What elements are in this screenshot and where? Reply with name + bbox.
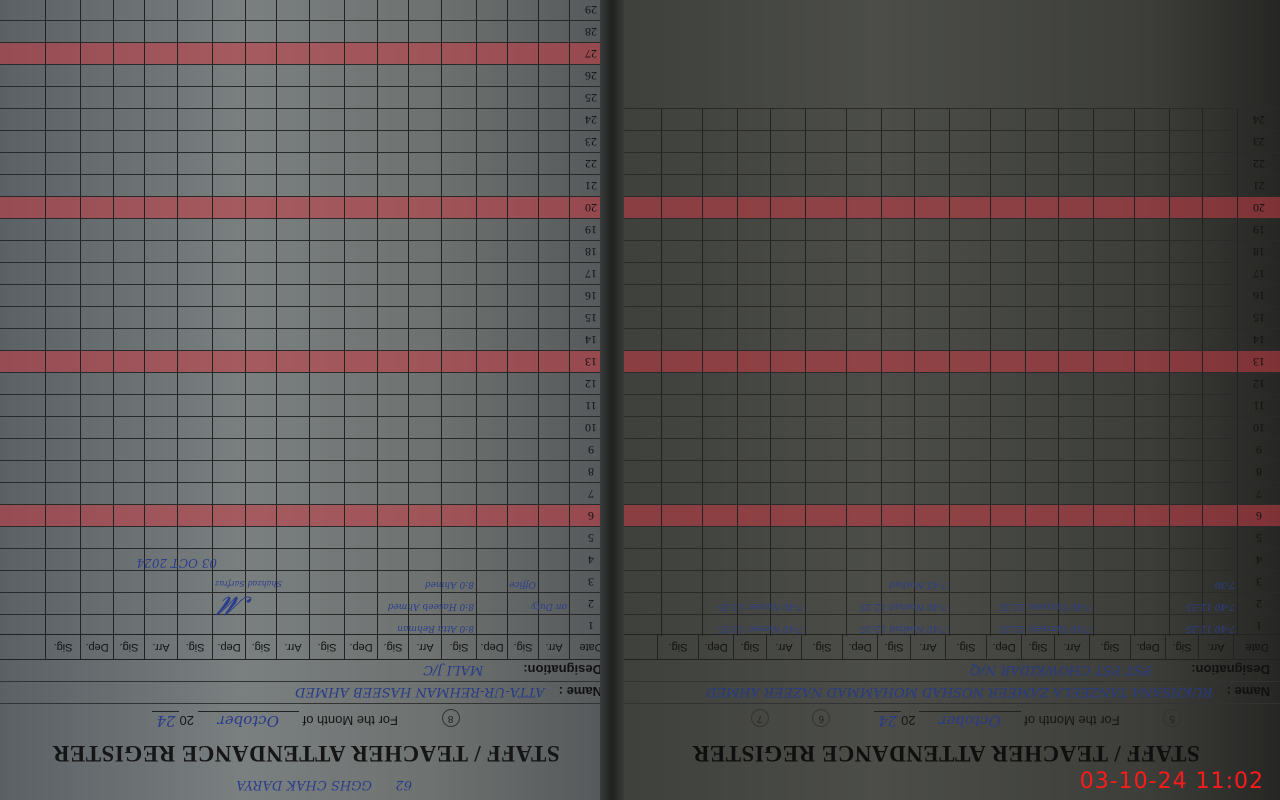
attendance-cell bbox=[113, 285, 144, 306]
attendance-cell bbox=[1169, 351, 1202, 372]
attendance-cell bbox=[507, 307, 538, 328]
attendance-cell bbox=[245, 131, 276, 152]
attendance-cell bbox=[408, 593, 441, 614]
attendance-cell bbox=[1169, 373, 1202, 394]
day-row: 8 bbox=[612, 460, 1280, 482]
day-row: 9 bbox=[0, 438, 612, 460]
attendance-cell bbox=[476, 0, 507, 20]
staff-circle-number: 5 bbox=[1163, 709, 1181, 727]
attendance-cell bbox=[80, 461, 113, 482]
day-row: 7 bbox=[0, 482, 612, 504]
attendance-cell bbox=[990, 109, 1025, 130]
attendance-cell bbox=[661, 571, 702, 592]
day-row: 17 bbox=[0, 262, 612, 284]
attendance-cell bbox=[245, 549, 276, 570]
attendance-cell bbox=[344, 571, 377, 592]
attendance-cell bbox=[990, 571, 1025, 592]
attendance-cell bbox=[245, 21, 276, 42]
attendance-cell bbox=[80, 65, 113, 86]
attendance-cell bbox=[702, 417, 737, 438]
date-cell: 16 bbox=[1237, 285, 1280, 306]
attendance-cell bbox=[113, 527, 144, 548]
attendance-cell bbox=[1093, 549, 1134, 570]
attendance-cell bbox=[309, 241, 344, 262]
attendance-cell bbox=[408, 373, 441, 394]
attendance-cell bbox=[1025, 197, 1058, 218]
attendance-cell bbox=[702, 395, 737, 416]
attendance-cell bbox=[245, 307, 276, 328]
attendance-cell bbox=[949, 351, 990, 372]
attendance-cell bbox=[177, 219, 212, 240]
attendance-cell bbox=[737, 593, 770, 614]
day-row: 5 bbox=[612, 526, 1280, 548]
attendance-cell bbox=[144, 175, 177, 196]
attendance-cell bbox=[80, 549, 113, 570]
attendance-cell bbox=[1025, 417, 1058, 438]
attendance-cell bbox=[1134, 505, 1169, 526]
attendance-cell bbox=[881, 395, 914, 416]
attendance-cell bbox=[344, 615, 377, 636]
attendance-cell bbox=[881, 373, 914, 394]
day-row: 18 bbox=[0, 240, 612, 262]
attendance-cell bbox=[113, 307, 144, 328]
attendance-cell bbox=[1093, 263, 1134, 284]
attendance-cell bbox=[245, 439, 276, 460]
year-prefix: 20 bbox=[901, 713, 915, 728]
attendance-cell bbox=[45, 65, 80, 86]
attendance-cell bbox=[1202, 351, 1237, 372]
attendance-cell bbox=[144, 483, 177, 504]
attendance-cell bbox=[177, 505, 212, 526]
attendance-cell bbox=[1058, 197, 1093, 218]
attendance-cell bbox=[344, 549, 377, 570]
attendance-cell bbox=[881, 175, 914, 196]
attendance-cell bbox=[914, 153, 949, 174]
attendance-cell bbox=[309, 505, 344, 526]
attendance-cell: 7:40 12:35 bbox=[1202, 593, 1237, 614]
attendance-cell bbox=[276, 109, 309, 130]
attendance-cell bbox=[507, 87, 538, 108]
attendance-cell bbox=[1093, 197, 1134, 218]
attendance-cell bbox=[45, 153, 80, 174]
attendance-cell bbox=[1025, 373, 1058, 394]
attendance-cell bbox=[737, 109, 770, 130]
day-row: 8 bbox=[0, 460, 612, 482]
attendance-cell bbox=[846, 197, 881, 218]
left-page-header: 62 GGHS CHAK DARYA STAFF / TEACHER ATTEN… bbox=[0, 640, 612, 800]
attendance-cell bbox=[661, 263, 702, 284]
attendance-cell bbox=[344, 285, 377, 306]
attendance-cell bbox=[661, 241, 702, 262]
attendance-cell bbox=[538, 527, 569, 548]
attendance-cell bbox=[113, 505, 144, 526]
attendance-cell bbox=[914, 505, 949, 526]
attendance-cell bbox=[1202, 329, 1237, 350]
attendance-cell bbox=[1025, 175, 1058, 196]
attendance-cell bbox=[661, 615, 702, 636]
day-row: 22 bbox=[0, 152, 612, 174]
attendance-cell bbox=[476, 87, 507, 108]
attendance-cell bbox=[914, 285, 949, 306]
attendance-cell bbox=[914, 527, 949, 548]
attendance-cell bbox=[770, 461, 805, 482]
attendance-cell bbox=[177, 461, 212, 482]
attendance-cell bbox=[661, 505, 702, 526]
attendance-cell bbox=[507, 615, 538, 636]
attendance-cell bbox=[1134, 373, 1169, 394]
day-row: 27:40 12:357:40 Tanzeela 12:357:40 Nosha… bbox=[612, 592, 1280, 614]
attendance-cell bbox=[408, 131, 441, 152]
attendance-cell bbox=[538, 131, 569, 152]
attendance-cell bbox=[377, 571, 408, 592]
attendance-cell bbox=[408, 417, 441, 438]
attendance-cell bbox=[538, 549, 569, 570]
attendance-cell bbox=[770, 351, 805, 372]
attendance-cell bbox=[344, 87, 377, 108]
month-value: October bbox=[198, 711, 299, 730]
staff-circle-number: 6 bbox=[812, 709, 830, 727]
day-row: 3Office8:0 Ahmed bbox=[0, 570, 612, 592]
attendance-cell bbox=[1134, 351, 1169, 372]
attendance-cell bbox=[805, 175, 846, 196]
attendance-cell bbox=[990, 351, 1025, 372]
attendance-cell bbox=[846, 527, 881, 548]
attendance-cell bbox=[538, 373, 569, 394]
attendance-cell bbox=[538, 219, 569, 240]
attendance-cell bbox=[441, 307, 476, 328]
attendance-cell bbox=[770, 549, 805, 570]
attendance-cell bbox=[276, 285, 309, 306]
attendance-cell bbox=[1025, 263, 1058, 284]
attendance-cell bbox=[702, 593, 737, 614]
attendance-cell bbox=[914, 351, 949, 372]
attendance-cell bbox=[212, 175, 245, 196]
attendance-cell bbox=[113, 329, 144, 350]
attendance-cell bbox=[881, 483, 914, 504]
column-header: Sig. bbox=[945, 635, 986, 659]
attendance-cell bbox=[949, 175, 990, 196]
attendance-cell bbox=[377, 549, 408, 570]
attendance-cell bbox=[661, 549, 702, 570]
attendance-cell bbox=[344, 21, 377, 42]
attendance-cell bbox=[1134, 615, 1169, 636]
attendance-cell bbox=[377, 109, 408, 130]
attendance-cell bbox=[507, 219, 538, 240]
attendance-cell bbox=[344, 109, 377, 130]
attendance-cell bbox=[914, 483, 949, 504]
attendance-cell bbox=[805, 241, 846, 262]
attendance-cell bbox=[538, 153, 569, 174]
attendance-cell bbox=[1093, 571, 1134, 592]
attendance-cell bbox=[344, 175, 377, 196]
attendance-cell bbox=[661, 175, 702, 196]
attendance-cell bbox=[737, 483, 770, 504]
register-page-left: 62 GGHS CHAK DARYA STAFF / TEACHER ATTEN… bbox=[0, 0, 612, 800]
attendance-cell bbox=[661, 219, 702, 240]
column-header: Arr. bbox=[766, 635, 801, 659]
attendance-cell bbox=[881, 571, 914, 592]
attendance-cell bbox=[80, 21, 113, 42]
attendance-cell bbox=[805, 219, 846, 240]
attendance-cell bbox=[1202, 417, 1237, 438]
attendance-cell bbox=[1058, 219, 1093, 240]
attendance-cell bbox=[805, 131, 846, 152]
attendance-cell bbox=[1093, 153, 1134, 174]
attendance-cell bbox=[770, 329, 805, 350]
attendance-cell bbox=[538, 87, 569, 108]
attendance-cell bbox=[144, 285, 177, 306]
attendance-cell bbox=[661, 153, 702, 174]
attendance-cell bbox=[177, 307, 212, 328]
attendance-cell bbox=[737, 373, 770, 394]
attendance-cell bbox=[1025, 109, 1058, 130]
attendance-cell bbox=[212, 87, 245, 108]
attendance-cell bbox=[144, 527, 177, 548]
attendance-cell bbox=[1025, 527, 1058, 548]
attendance-cell bbox=[476, 65, 507, 86]
attendance-cell bbox=[144, 131, 177, 152]
date-cell: 24 bbox=[1237, 109, 1280, 130]
attendance-cell bbox=[441, 219, 476, 240]
attendance-cell bbox=[805, 307, 846, 328]
attendance-cell bbox=[846, 131, 881, 152]
attendance-cell bbox=[476, 329, 507, 350]
register-title: STAFF / TEACHER ATTENDANCE REGISTER bbox=[0, 740, 612, 766]
attendance-cell bbox=[1134, 175, 1169, 196]
attendance-cell bbox=[770, 417, 805, 438]
attendance-cell bbox=[805, 461, 846, 482]
attendance-cell bbox=[144, 87, 177, 108]
attendance-cell bbox=[914, 131, 949, 152]
attendance-cell bbox=[144, 571, 177, 592]
attendance-cell bbox=[476, 285, 507, 306]
attendance-cell bbox=[990, 263, 1025, 284]
attendance-cell bbox=[408, 0, 441, 20]
attendance-cell bbox=[309, 65, 344, 86]
day-row: 4 bbox=[612, 548, 1280, 570]
attendance-cell bbox=[949, 197, 990, 218]
attendance-cell bbox=[1093, 373, 1134, 394]
column-header: Sig. bbox=[1089, 635, 1130, 659]
attendance-cell bbox=[177, 285, 212, 306]
attendance-cell bbox=[538, 439, 569, 460]
attendance-cell bbox=[276, 87, 309, 108]
attendance-cell bbox=[408, 505, 441, 526]
attendance-cell bbox=[507, 21, 538, 42]
attendance-cell bbox=[309, 175, 344, 196]
attendance-cell bbox=[344, 43, 377, 64]
attendance-cell bbox=[80, 241, 113, 262]
attendance-cell bbox=[441, 175, 476, 196]
attendance-cell bbox=[80, 527, 113, 548]
attendance-cell bbox=[914, 417, 949, 438]
attendance-cell bbox=[737, 285, 770, 306]
attendance-cell bbox=[344, 131, 377, 152]
attendance-cell bbox=[1093, 439, 1134, 460]
attendance-cell bbox=[1134, 219, 1169, 240]
attendance-cell bbox=[309, 219, 344, 240]
attendance-cell bbox=[538, 197, 569, 218]
attendance-cell bbox=[770, 505, 805, 526]
attendance-cell bbox=[344, 219, 377, 240]
day-row: 22 bbox=[612, 152, 1280, 174]
month-value: October bbox=[919, 711, 1020, 730]
attendance-cell bbox=[702, 373, 737, 394]
attendance-cell bbox=[1025, 395, 1058, 416]
day-row: 10 bbox=[612, 416, 1280, 438]
attendance-cell bbox=[914, 307, 949, 328]
attendance-cell bbox=[113, 43, 144, 64]
attendance-cell bbox=[507, 505, 538, 526]
attendance-cell bbox=[661, 395, 702, 416]
attendance-cell bbox=[276, 417, 309, 438]
attendance-cell bbox=[309, 0, 344, 20]
attendance-cell bbox=[1169, 197, 1202, 218]
attendance-cell bbox=[344, 307, 377, 328]
attendance-cell bbox=[45, 527, 80, 548]
attendance-cell bbox=[702, 197, 737, 218]
attendance-cell bbox=[881, 439, 914, 460]
attendance-cell bbox=[1025, 439, 1058, 460]
attendance-cell bbox=[476, 549, 507, 570]
attendance-cell bbox=[377, 43, 408, 64]
attendance-cell bbox=[245, 175, 276, 196]
attendance-cell bbox=[212, 0, 245, 20]
attendance-cell bbox=[377, 439, 408, 460]
attendance-cell bbox=[881, 461, 914, 482]
attendance-cell bbox=[805, 197, 846, 218]
day-row: 9 bbox=[612, 438, 1280, 460]
attendance-cell bbox=[737, 395, 770, 416]
attendance-cell bbox=[408, 351, 441, 372]
attendance-cell bbox=[949, 593, 990, 614]
attendance-cell bbox=[344, 197, 377, 218]
attendance-cell bbox=[276, 395, 309, 416]
staff-circle-number: 8 bbox=[442, 709, 460, 727]
attendance-cell bbox=[113, 197, 144, 218]
attendance-cell bbox=[344, 593, 377, 614]
attendance-cell bbox=[45, 483, 80, 504]
attendance-cell bbox=[702, 109, 737, 130]
attendance-cell bbox=[309, 307, 344, 328]
attendance-cell bbox=[770, 131, 805, 152]
attendance-cell bbox=[441, 417, 476, 438]
attendance-cell bbox=[805, 285, 846, 306]
attendance-cell bbox=[441, 351, 476, 372]
attendance-cell bbox=[113, 65, 144, 86]
date-cell: 15 bbox=[1237, 307, 1280, 328]
attendance-cell bbox=[276, 65, 309, 86]
attendance-cell bbox=[212, 505, 245, 526]
attendance-cell bbox=[441, 373, 476, 394]
attendance-cell bbox=[1025, 549, 1058, 570]
attendance-cell bbox=[990, 153, 1025, 174]
attendance-cell bbox=[805, 483, 846, 504]
attendance-cell bbox=[309, 395, 344, 416]
attendance-cell bbox=[990, 197, 1025, 218]
attendance-cell bbox=[702, 351, 737, 372]
date-cell: 10 bbox=[1237, 417, 1280, 438]
attendance-cell bbox=[702, 571, 737, 592]
attendance-cell bbox=[1025, 219, 1058, 240]
attendance-cell bbox=[881, 615, 914, 636]
attendance-cell bbox=[276, 21, 309, 42]
attendance-cell bbox=[914, 395, 949, 416]
right-page-content-rotated: STAFF / TEACHER ATTENDANCE REGISTER 5 Fo… bbox=[612, 0, 1280, 800]
attendance-cell bbox=[45, 285, 80, 306]
attendance-cell bbox=[441, 329, 476, 350]
attendance-cell bbox=[990, 593, 1025, 614]
attendance-cell bbox=[1202, 263, 1237, 284]
attendance-cell bbox=[276, 219, 309, 240]
attendance-cell bbox=[1093, 175, 1134, 196]
name-label: Name : bbox=[1227, 685, 1280, 700]
attendance-cell bbox=[538, 417, 569, 438]
attendance-cell bbox=[538, 615, 569, 636]
attendance-cell bbox=[276, 175, 309, 196]
attendance-cell bbox=[914, 219, 949, 240]
attendance-cell bbox=[441, 549, 476, 570]
column-header: Dep. bbox=[212, 635, 245, 659]
attendance-cell bbox=[914, 241, 949, 262]
attendance-cell bbox=[80, 131, 113, 152]
day-row: 14 bbox=[0, 328, 612, 350]
attendance-cell bbox=[1093, 285, 1134, 306]
attendance-cell bbox=[309, 549, 344, 570]
attendance-cell bbox=[309, 197, 344, 218]
attendance-cell bbox=[80, 109, 113, 130]
attendance-cell bbox=[1058, 285, 1093, 306]
date-cell: 13 bbox=[1237, 351, 1280, 372]
attendance-cell bbox=[538, 307, 569, 328]
attendance-cell bbox=[177, 351, 212, 372]
attendance-cell bbox=[538, 395, 569, 416]
attendance-cell bbox=[276, 0, 309, 20]
attendance-cell bbox=[80, 285, 113, 306]
attendance-cell bbox=[881, 505, 914, 526]
attendance-cell bbox=[1025, 241, 1058, 262]
attendance-cell bbox=[661, 593, 702, 614]
attendance-cell bbox=[1202, 483, 1237, 504]
attendance-cell bbox=[949, 241, 990, 262]
attendance-cell bbox=[702, 527, 737, 548]
attendance-cell bbox=[507, 241, 538, 262]
register-page-right: STAFF / TEACHER ATTENDANCE REGISTER 5 Fo… bbox=[612, 0, 1280, 800]
attendance-cell bbox=[408, 439, 441, 460]
attendance-cell: 7:40 Nazeer 12:35 bbox=[770, 593, 805, 614]
official-stamp: Shahzad Sarfraz bbox=[215, 579, 282, 588]
attendance-cell bbox=[1025, 153, 1058, 174]
column-header: Arr. bbox=[408, 635, 441, 659]
attendance-cell bbox=[80, 153, 113, 174]
attendance-cell bbox=[770, 263, 805, 284]
attendance-cell bbox=[408, 571, 441, 592]
attendance-cell bbox=[737, 153, 770, 174]
attendance-cell bbox=[1093, 351, 1134, 372]
attendance-cell bbox=[846, 505, 881, 526]
attendance-cell bbox=[276, 153, 309, 174]
attendance-cell bbox=[1134, 241, 1169, 262]
day-row: 21 bbox=[0, 174, 612, 196]
attendance-cell bbox=[80, 483, 113, 504]
year-prefix: 20 bbox=[179, 713, 193, 728]
attendance-cell bbox=[737, 175, 770, 196]
attendance-cell bbox=[661, 131, 702, 152]
attendance-cell bbox=[408, 21, 441, 42]
attendance-cell bbox=[309, 417, 344, 438]
attendance-cell bbox=[805, 351, 846, 372]
attendance-cell bbox=[45, 439, 80, 460]
